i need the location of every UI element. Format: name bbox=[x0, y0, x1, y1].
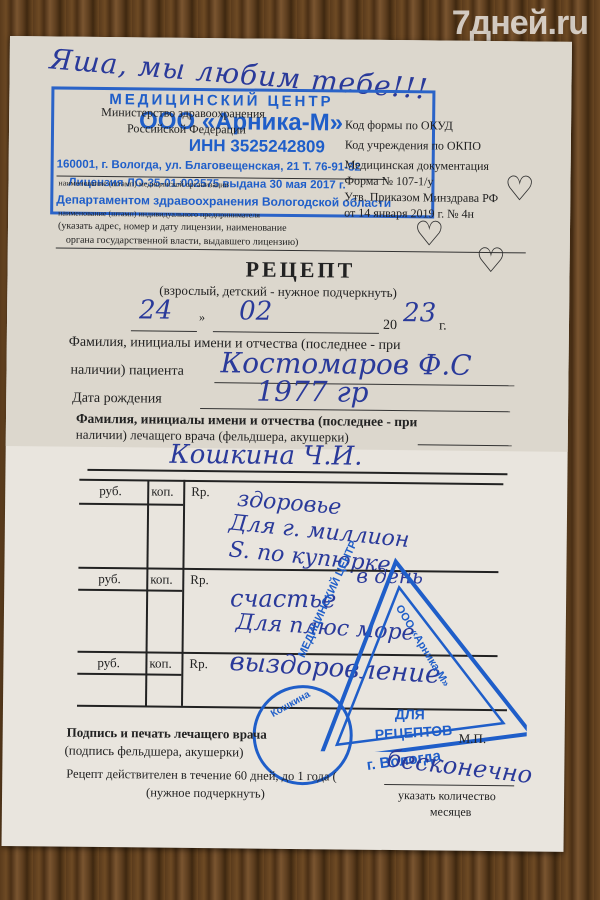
form-number: Форма № 107-1/у bbox=[344, 174, 433, 190]
rx-row-2-rp: Rp. bbox=[190, 572, 209, 588]
subtitle: (взрослый, детский - нужное подчеркнуть) bbox=[159, 283, 397, 301]
watermark: 7дней.ru bbox=[452, 4, 588, 43]
birth-label: Дата рождения bbox=[72, 391, 162, 408]
rx-row-3-rp: Rp. bbox=[189, 656, 208, 672]
heart-doodle-2: ♡ bbox=[414, 218, 445, 252]
patient-label-2: наличии) пациента bbox=[70, 363, 184, 380]
rx-row-2-kop: коп. bbox=[150, 571, 173, 587]
signature-label: Подпись и печать лечащего врача bbox=[67, 725, 267, 743]
rx-row-1-rub: руб. bbox=[99, 483, 122, 499]
signature-sub: (подпись фельдшера, акушерки) bbox=[64, 743, 243, 761]
validity-text: Рецепт действителен в течение 60 дней, д… bbox=[66, 767, 337, 785]
okud-label: Код формы по ОКУД bbox=[345, 118, 453, 134]
ministry-line-2: Российской Федерации bbox=[127, 121, 246, 137]
heart-doodle-3: ♡ bbox=[475, 245, 506, 279]
caption-1: наименование (штамп) медицинской организ… bbox=[58, 179, 228, 190]
validity-note-2: указать количество bbox=[398, 788, 496, 804]
heart-doodle-1: ♡ bbox=[504, 173, 535, 207]
order-label: от 14 января 2019 г. № 4н bbox=[344, 206, 474, 222]
okpo-label: Код учреждения по ОКПО bbox=[345, 138, 481, 154]
validity-note-3: месяцев bbox=[430, 804, 472, 819]
triangle-center-1: ДЛЯ bbox=[395, 706, 425, 722]
date-month: 02 bbox=[239, 296, 272, 326]
prescription-form: Яша, мы любим тебе!!! МЕДИЦИНСКИЙ ЦЕНТР … bbox=[2, 36, 572, 852]
date-day: 24 bbox=[139, 295, 172, 325]
rx-row-1-rp: Rp. bbox=[191, 484, 210, 500]
validity-note-1: (нужное подчеркнуть) bbox=[146, 785, 265, 801]
rx-row-3-rub: руб. bbox=[97, 655, 120, 671]
approved-label: Утв. Приказом Минздрава РФ bbox=[344, 190, 498, 207]
page-title: РЕЦЕПТ bbox=[245, 256, 355, 283]
med-doc-label: Медицинская документация bbox=[345, 158, 489, 175]
validity-rule bbox=[384, 784, 514, 786]
rx-row-3-kop: коп. bbox=[149, 655, 172, 671]
ministry-line-1: Министерство здравоохранения bbox=[101, 105, 265, 122]
rx-row-1-kop: коп. bbox=[151, 484, 174, 500]
birth-value: 1977 гр bbox=[256, 375, 369, 409]
date-quote: » bbox=[199, 310, 205, 325]
date-year-prefix: 20 bbox=[383, 318, 397, 334]
rx-row-2-rub: руб. bbox=[98, 571, 121, 587]
date-year: 23 bbox=[403, 298, 436, 328]
stamp-line-3: ИНН 3525242809 bbox=[189, 136, 325, 157]
stamp-place-label: М.П. bbox=[459, 731, 487, 747]
doctor-name: Кошкина Ч.И. bbox=[169, 440, 362, 472]
date-suffix: г. bbox=[439, 319, 447, 335]
